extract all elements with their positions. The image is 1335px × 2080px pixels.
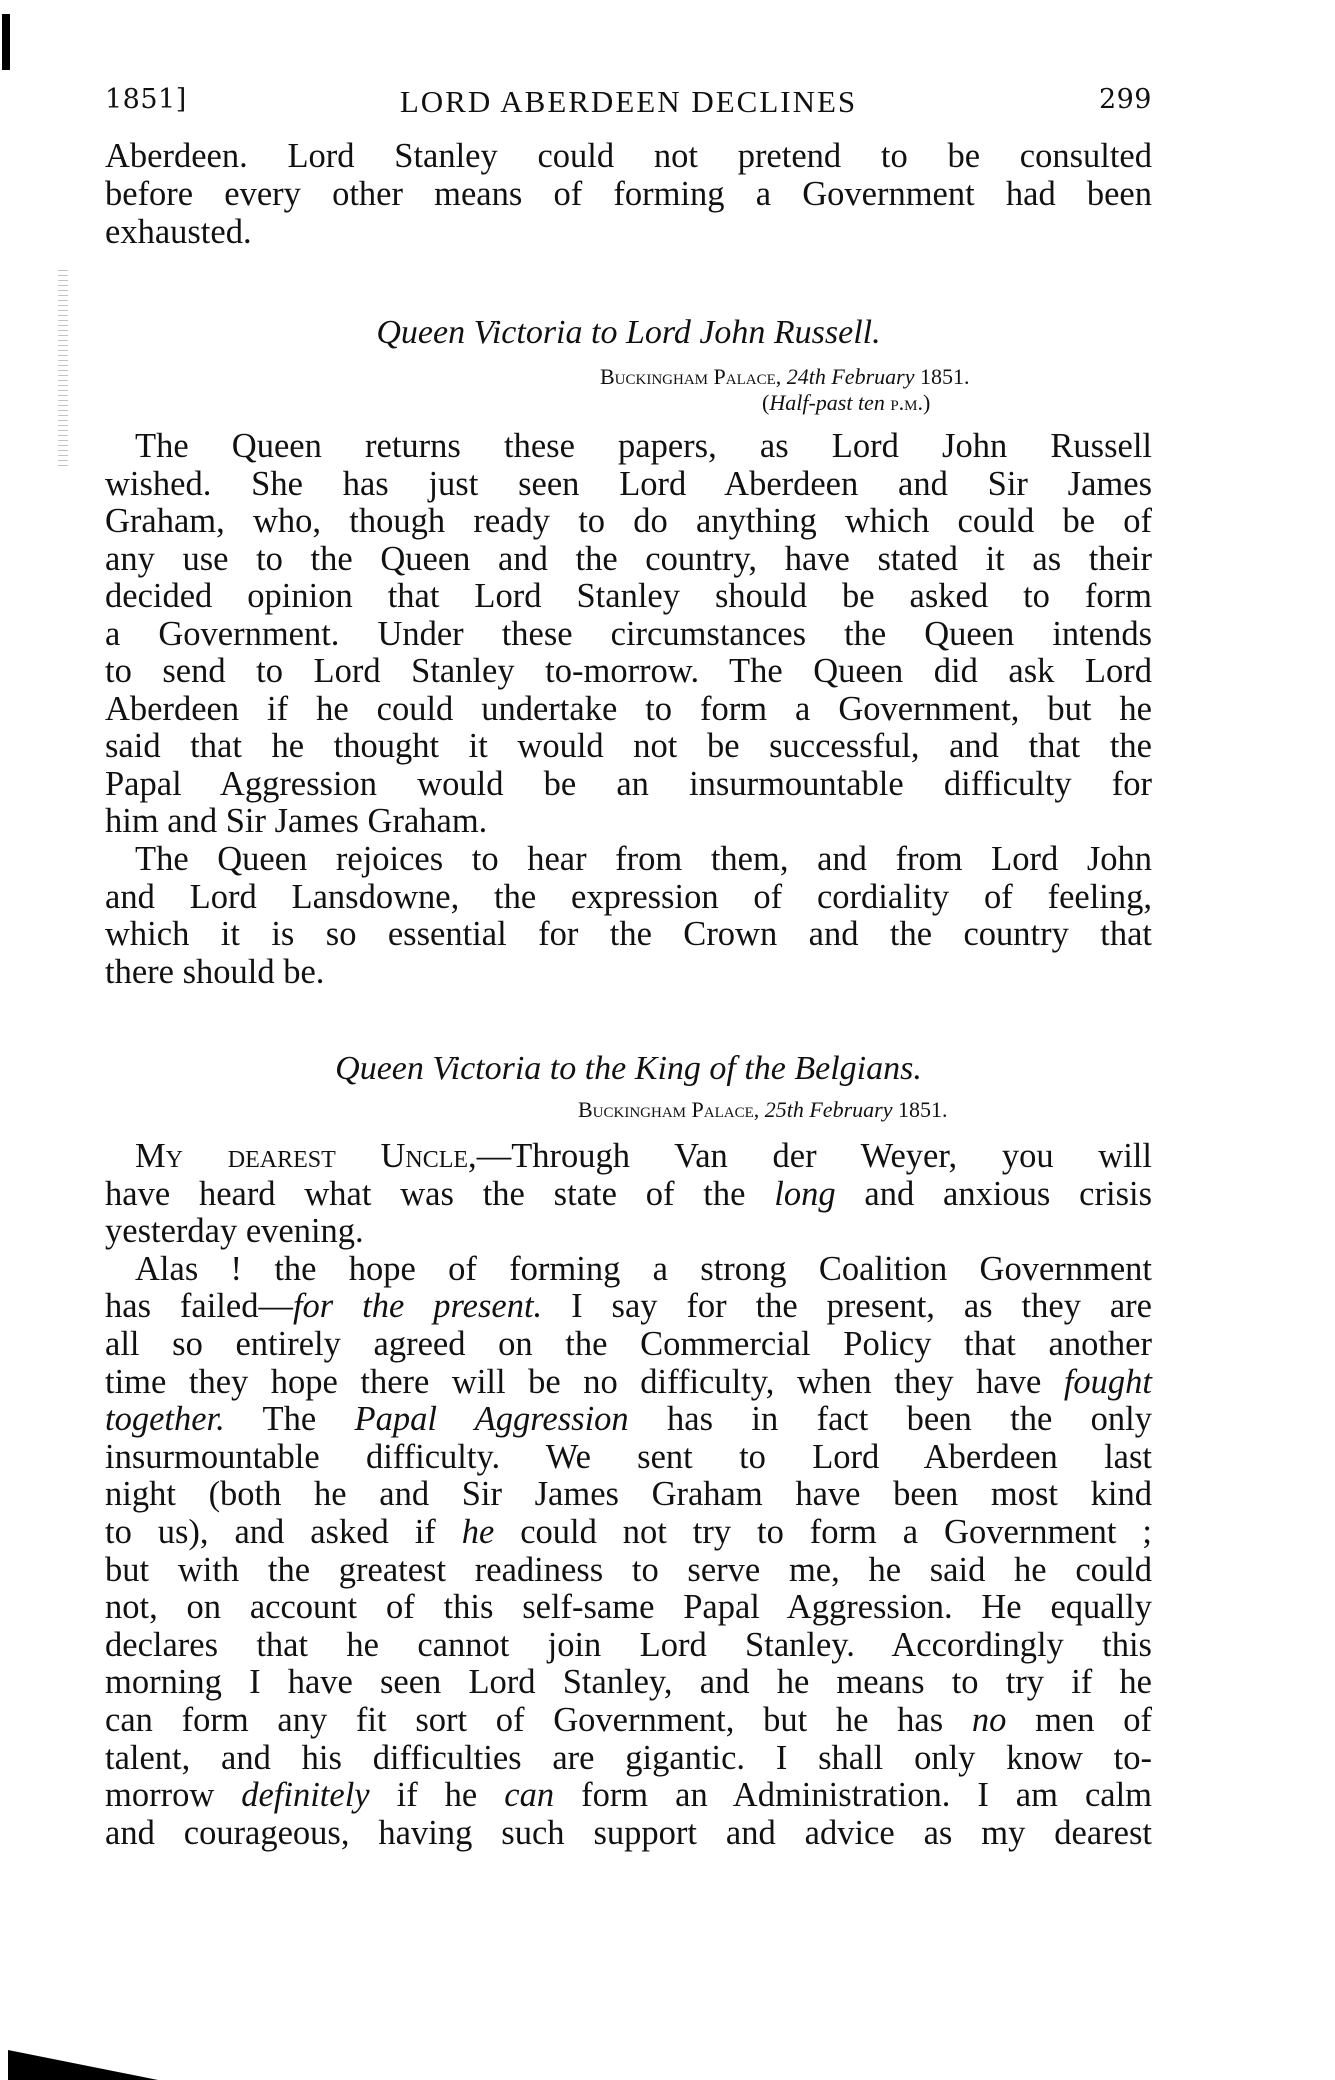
text-run: but with the greatest readiness to serve… <box>105 1551 1152 1589</box>
text-line: declares that he cannot join Lord Stanle… <box>105 1627 1152 1663</box>
text-line: have heard what was the state of the lon… <box>105 1176 1152 1212</box>
text-line: Aberdeen. Lord Stanley could not pretend… <box>105 138 1152 174</box>
scan-corner-mark <box>8 2050 158 2080</box>
text-line: insurmountable difficulty. We sent to Lo… <box>105 1439 1152 1475</box>
text-line: any use to the Queen and the country, ha… <box>105 541 1152 577</box>
text-run: declares that he cannot join Lord Stanle… <box>105 1626 1152 1664</box>
italic-run: together. <box>105 1400 225 1438</box>
text-line: there should be. <box>105 954 1152 990</box>
scan-speckle-left <box>58 270 68 470</box>
italic-run: long <box>774 1175 835 1213</box>
text-run: if he <box>370 1776 505 1814</box>
book-page: 1851] LORD ABERDEEN DECLINES 299 Aberdee… <box>0 0 1335 2080</box>
text-run: Alas ! the hope of forming a strong Coal… <box>135 1250 1152 1288</box>
text-line: him and Sir James Graham. <box>105 803 1152 839</box>
dateline-year: 1851. <box>920 364 970 389</box>
running-head-title: LORD ABERDEEN DECLINES <box>105 84 1152 120</box>
text-run: has failed— <box>105 1287 293 1325</box>
text-line: yesterday evening. <box>105 1213 1152 1249</box>
text-run: has in fact been the only <box>629 1400 1152 1438</box>
text-run: morrow <box>105 1776 241 1814</box>
text-line: said that he thought it would not be suc… <box>105 728 1152 764</box>
text-line: wished. She has just seen Lord Aberdeen … <box>105 466 1152 502</box>
time-text: Half-past ten <box>769 390 885 415</box>
text-line: exhausted. <box>105 214 1152 250</box>
text-line: Graham, who, though ready to do anything… <box>105 503 1152 539</box>
text-line: morning I have seen Lord Stanley, and he… <box>105 1664 1152 1700</box>
text-line: Alas ! the hope of forming a strong Coal… <box>105 1251 1152 1287</box>
text-run: talent, and his difficulties are giganti… <box>105 1739 1152 1777</box>
text-run: form an Administration. I am calm <box>554 1776 1152 1814</box>
text-line: night (both he and Sir James Graham have… <box>105 1476 1152 1512</box>
dateline-date: 24th February <box>787 364 915 389</box>
paren-close: ) <box>923 390 930 415</box>
text-line: to send to Lord Stanley to-morrow. The Q… <box>105 653 1152 689</box>
dateline-place: Buckingham Palace <box>578 1097 754 1122</box>
text-run: and anxious crisis <box>836 1175 1152 1213</box>
time-meridiem: p.m. <box>890 390 923 415</box>
text-run: can form any fit sort of Government, but… <box>105 1701 972 1739</box>
text-line: to us), and asked if he could not try to… <box>105 1514 1152 1550</box>
italic-run: no <box>972 1701 1007 1739</box>
text-line: but with the greatest readiness to serve… <box>105 1552 1152 1588</box>
text-run: night (both he and Sir James Graham have… <box>105 1475 1152 1513</box>
page-number: 299 <box>1099 84 1152 115</box>
text-run: time they hope there will be no difficul… <box>105 1363 1064 1401</box>
text-line: all so entirely agreed on the Commercial… <box>105 1326 1152 1362</box>
text-run: to us), and asked if <box>105 1513 462 1551</box>
text-line: My dearest Uncle,—Through Van der Weyer,… <box>105 1138 1152 1174</box>
letter-heading: Queen Victoria to the King of the Belgia… <box>105 1050 1152 1088</box>
italic-run: for the present. <box>293 1287 542 1325</box>
dateline: Buckingham Palace, 25th February 1851. <box>578 1097 947 1123</box>
text-run: yesterday evening. <box>105 1212 364 1250</box>
text-run: all so entirely agreed on the Commercial… <box>105 1325 1152 1363</box>
text-line: not, on account of this self-same Papal … <box>105 1589 1152 1625</box>
dateline-place: Buckingham Palace <box>600 364 776 389</box>
text-line: before every other means of forming a Go… <box>105 176 1152 212</box>
text-run: have heard what was the state of the <box>105 1175 774 1213</box>
text-line: a Government. Under these circumstances … <box>105 616 1152 652</box>
text-line: The Queen returns these papers, as Lord … <box>105 428 1152 464</box>
text-line: can form any fit sort of Government, but… <box>105 1702 1152 1738</box>
letter-heading: Queen Victoria to Lord John Russell. <box>105 314 1152 352</box>
text-line: morrow definitely if he can form an Admi… <box>105 1777 1152 1813</box>
scan-edge-mark <box>2 14 10 70</box>
text-run: not, on account of this self-same Papal … <box>105 1588 1152 1626</box>
text-run: morning I have seen Lord Stanley, and he… <box>105 1663 1152 1701</box>
text-run: men of <box>1006 1701 1152 1739</box>
text-line: Papal Aggression would be an insurmounta… <box>105 766 1152 802</box>
italic-run: fought <box>1064 1363 1152 1401</box>
text-run: and courageous, having such support and … <box>105 1814 1152 1852</box>
text-run: insurmountable difficulty. We sent to Lo… <box>105 1438 1152 1476</box>
text-line: together. The Papal Aggression has in fa… <box>105 1401 1152 1437</box>
dateline-date: 25th February <box>765 1097 893 1122</box>
text-line: and courageous, having such support and … <box>105 1815 1152 1851</box>
text-run: —Through Van der Weyer, you will <box>477 1137 1152 1175</box>
text-run: could not try to form a Government ; <box>494 1513 1152 1551</box>
text-line: Aberdeen if he could undertake to form a… <box>105 691 1152 727</box>
italic-run: Papal Aggression <box>355 1400 629 1438</box>
italic-run: he <box>462 1513 495 1551</box>
text-line: talent, and his difficulties are giganti… <box>105 1740 1152 1776</box>
text-line: decided opinion that Lord Stanley should… <box>105 578 1152 614</box>
text-line: time they hope there will be no difficul… <box>105 1364 1152 1400</box>
dateline: Buckingham Palace, 24th February 1851. <box>600 364 969 390</box>
italic-run: can <box>504 1776 554 1814</box>
small-caps-run: My dearest Uncle, <box>135 1137 477 1175</box>
dateline-year: 1851. <box>898 1097 948 1122</box>
text-run: The <box>225 1400 355 1438</box>
text-line: The Queen rejoices to hear from them, an… <box>105 841 1152 877</box>
dateline-time: (Half-past ten p.m.) <box>762 390 930 416</box>
italic-run: definitely <box>241 1776 369 1814</box>
text-line: has failed—for the present. I say for th… <box>105 1288 1152 1324</box>
text-line: and Lord Lansdowne, the expression of co… <box>105 879 1152 915</box>
text-line: which it is so essential for the Crown a… <box>105 916 1152 952</box>
running-head: 1851] LORD ABERDEEN DECLINES 299 <box>105 84 1152 120</box>
text-run: I say for the present, as they are <box>542 1287 1152 1325</box>
